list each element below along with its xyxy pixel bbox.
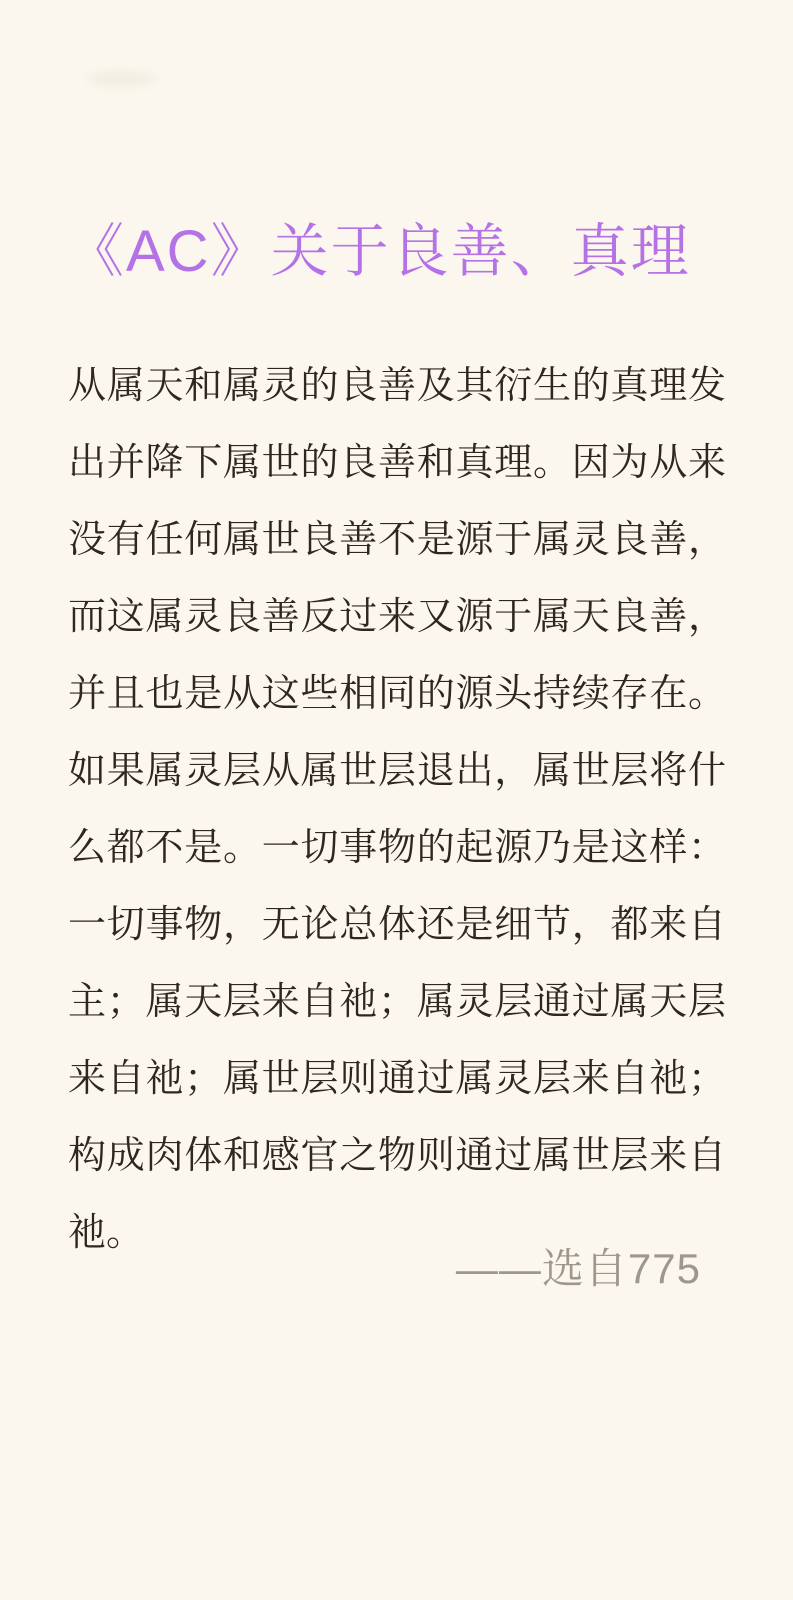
page: 《AC》关于良善、真理 从属天和属灵的良善及其衍生的真理发 出并降下属世的良善和… [0,0,793,1600]
body-line: 并且也是从这些相同的源头持续存在。 [68,656,726,733]
body-line: 来自祂；属世层则通过属灵层来自祂； [68,1041,726,1118]
body-line: 没有任何属世良善不是源于属灵良善， [68,502,726,579]
body-line: 主；属天层来自祂；属灵层通过属天层 [68,964,726,1041]
page-title: 《AC》关于良善、真理 [66,204,691,300]
body-line: 从属天和属灵的良善及其衍生的真理发 [68,348,726,425]
body-text: 从属天和属灵的良善及其衍生的真理发 出并降下属世的良善和真理。因为从来 没有任何… [68,348,726,1272]
body-line: 出并降下属世的良善和真理。因为从来 [68,425,726,502]
body-line: 构成肉体和感官之物则通过属世层来自 [68,1118,726,1195]
source-attribution: ——选自775 [456,1238,701,1300]
body-line: 么都不是。一切事物的起源乃是这样： [68,810,726,887]
body-line: 一切事物，无论总体还是细节，都来自 [68,887,726,964]
body-line: 如果属灵层从属世层退出，属世层将什 [68,733,726,810]
faint-watermark [86,72,158,86]
body-line: 而这属灵良善反过来又源于属天良善， [68,579,726,656]
